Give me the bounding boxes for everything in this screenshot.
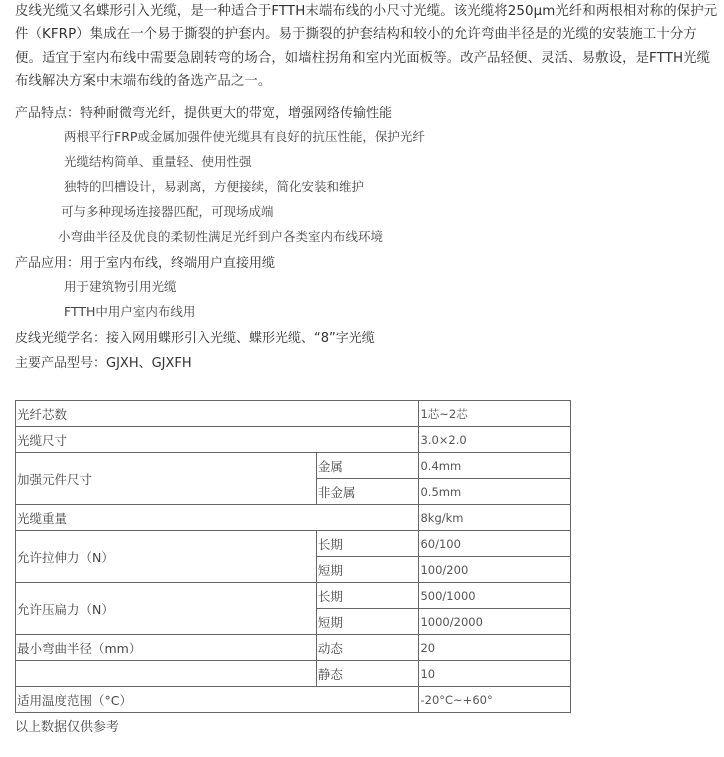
- applications-heading: 产品应用：用于室内布线，终端用户直接用缆: [15, 252, 275, 271]
- spec-label: 光纤芯数: [16, 401, 419, 427]
- spec-value: 100/200: [419, 557, 571, 583]
- spec-label: 最小弯曲半径（mm）: [16, 635, 317, 661]
- application-item: 用于建筑物引用光缆: [64, 277, 177, 295]
- spec-sublabel: 短期: [316, 557, 419, 583]
- feature-item: 可与多种现场连接器匹配，可现场成端: [61, 202, 274, 220]
- feature-item: 小弯曲半径及优良的柔韧性满足光纤到户各类室内布线环境: [58, 227, 383, 245]
- feature-item: 两根平行FRP或金属加强件使光缆具有良好的抗压性能，保护光纤: [64, 127, 425, 145]
- spec-label: 允许拉伸力（N）: [16, 531, 317, 583]
- table-row: 允许拉伸力（N） 长期 60/100: [16, 531, 571, 557]
- spec-value: 60/100: [419, 531, 571, 557]
- spec-sublabel: 长期: [316, 531, 419, 557]
- spec-value: 0.5mm: [419, 479, 571, 505]
- footnote: 以上数据仅供参考: [15, 716, 119, 735]
- spec-label: 允许压扁力（N）: [16, 583, 317, 635]
- spec-label: 加强元件尺寸: [16, 453, 317, 505]
- spec-label-empty: [16, 661, 317, 687]
- spec-value: 10: [419, 661, 571, 687]
- spec-sublabel: 短期: [316, 609, 419, 635]
- spec-sublabel: 静态: [316, 661, 419, 687]
- application-item: FTTH中用户室内布线用: [64, 302, 195, 320]
- table-row: 光纤芯数 1芯~2芯: [16, 401, 571, 427]
- table-row: 光缆尺寸 3.0×2.0: [16, 427, 571, 453]
- spec-sublabel: 非金属: [316, 479, 419, 505]
- spec-value: 8kg/km: [419, 505, 571, 531]
- spec-label: 光缆重量: [16, 505, 419, 531]
- spec-value: 3.0×2.0: [419, 427, 571, 453]
- spec-value: 1000/2000: [419, 609, 571, 635]
- spec-sublabel: 长期: [316, 583, 419, 609]
- spec-sublabel: 动态: [316, 635, 419, 661]
- table-row: 加强元件尺寸 金属 0.4mm: [16, 453, 571, 479]
- spec-sublabel: 金属: [316, 453, 419, 479]
- table-row: 光缆重量 8kg/km: [16, 505, 571, 531]
- table-row: 静态 10: [16, 661, 571, 687]
- feature-item: 光缆结构简单、重量轻、使用性强: [64, 152, 252, 170]
- spec-value: 0.4mm: [419, 453, 571, 479]
- features-heading: 产品特点：特种耐微弯光纤，提供更大的带宽，增强网络传输性能: [15, 102, 392, 121]
- spec-value: -20°C~+60°: [419, 687, 571, 713]
- spec-value: 500/1000: [419, 583, 571, 609]
- table-row: 最小弯曲半径（mm） 动态 20: [16, 635, 571, 661]
- spec-value: 1芯~2芯: [419, 401, 571, 427]
- table-row: 允许压扁力（N） 长期 500/1000: [16, 583, 571, 609]
- table-row: 适用温度范围（°C） -20°C~+60°: [16, 687, 571, 713]
- product-models: 主要产品型号：GJXH、GJXFH: [15, 352, 192, 371]
- intro-paragraph: 皮线光缆又名蝶形引入光缆，是一种适合于FTTH末端布线的小尺寸光缆。该光缆将25…: [15, 0, 720, 94]
- spec-label: 光缆尺寸: [16, 427, 419, 453]
- spec-label: 适用温度范围（°C）: [16, 687, 419, 713]
- scientific-name: 皮线光缆学名：接入网用蝶形引入光缆、蝶形光缆、“8”字光缆: [15, 327, 375, 346]
- spec-value: 20: [419, 635, 571, 661]
- spec-table: 光纤芯数 1芯~2芯 光缆尺寸 3.0×2.0 加强元件尺寸 金属 0.4mm …: [15, 400, 571, 713]
- feature-item: 独特的凹槽设计，易剥离，方便接续，简化安装和维护: [64, 177, 364, 195]
